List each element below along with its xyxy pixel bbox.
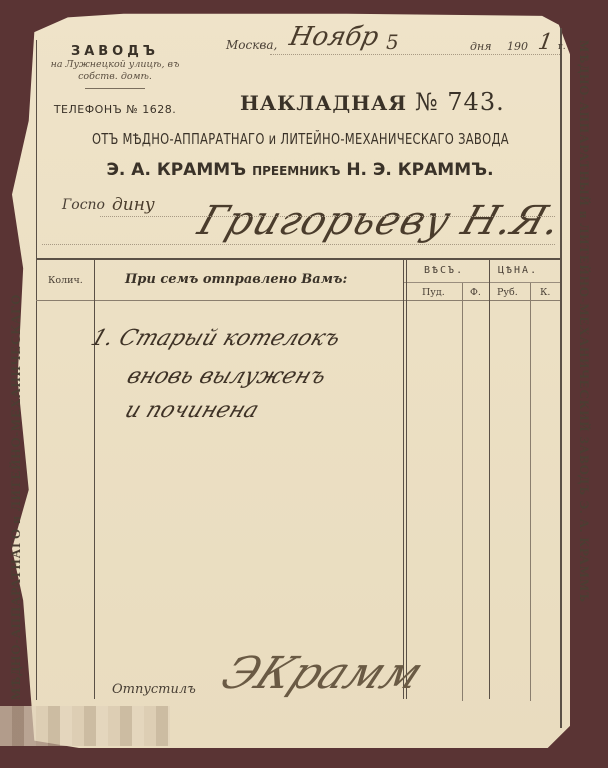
owner-connector: ПРЕЕМНИКЪ: [252, 164, 340, 178]
factory-phone: ТЕЛЕФОНЪ № 1628.: [40, 103, 190, 116]
watermark-logo: [0, 706, 170, 746]
recipient-dotted-line-2: [42, 244, 555, 245]
factory-title: ЗАВОДЪ: [40, 44, 190, 59]
left-border-line: [36, 40, 37, 700]
col-desc-divider: [403, 259, 404, 699]
item-line-1: 1. Старый котелокъ: [87, 326, 343, 351]
col-desc-divider-2: [406, 259, 407, 699]
factory-address-line1: на Лужнецкой улицѣ, въ: [40, 59, 190, 71]
day-label: дня: [470, 40, 492, 53]
city-label: Москва,: [226, 38, 277, 52]
sub-rub-header: Руб.: [497, 287, 518, 298]
document-title: НАКЛАДНАЯ № 743.: [240, 88, 505, 116]
title-label: НАКЛАДНАЯ: [240, 91, 407, 115]
year-suffix: г.: [558, 42, 566, 52]
col-qty-divider: [94, 259, 95, 699]
table-top-line: [36, 258, 560, 260]
table-header-bottom-line: [36, 300, 560, 301]
side-perforation-text-right: МѢДНО-АППАРАТНЫЙ и ЛИТЕЙНО-МЕХАНИЧЕСКИЙ …: [572, 40, 592, 730]
weight-price-subheader-line: [404, 282, 560, 283]
recipient-handwritten-name: Григорьеву Н.Я.: [193, 198, 568, 244]
recipient-label: Госпо: [62, 197, 105, 213]
price-group-header: ЦѢНА.: [498, 265, 538, 276]
item-line-3: и починена: [121, 398, 262, 423]
sub-f-header: Ф.: [470, 287, 481, 298]
ornament-divider: [85, 88, 145, 89]
side-perforation-text-left: МѢДНО-АППАРАТНАГО и ЛИТЕЙНО-МЕХАНИЧЕСКАГ…: [8, 260, 28, 700]
owners-line: Э. А. КРАММЪ ПРЕЕМНИКЪ Н. Э. КРАММЪ.: [30, 160, 570, 180]
recipient-handwritten-suffix: дину: [112, 195, 155, 215]
factory-address-line2: собств. домѣ.: [40, 71, 190, 83]
col-description-header: При семъ отправлено Вамъ:: [125, 272, 347, 287]
col-qty-header: Колич.: [48, 275, 83, 286]
weight-group-header: ВѢСЪ.: [424, 265, 464, 276]
sub-k-header: К.: [540, 287, 550, 298]
waybill-number: № 743.: [415, 88, 505, 116]
day-handwritten: 5: [386, 30, 399, 54]
right-border-line: [560, 28, 562, 728]
factory-block: ЗАВОДЪ на Лужнецкой улицѣ, въ собств. до…: [40, 44, 190, 116]
year-printed: 190: [507, 40, 528, 53]
date-dotted-line: [270, 54, 560, 55]
sub-pud-header: Пуд.: [422, 287, 445, 298]
col-pud-divider: [462, 283, 463, 701]
item-line-2: вновь вылуженъ: [123, 364, 329, 389]
col-weight-price-divider: [489, 259, 490, 699]
signature: ЭКрамм: [213, 648, 432, 699]
owner-first: Э. А. КРАММЪ: [106, 160, 246, 180]
month-handwritten: Ноябр: [287, 22, 381, 52]
owner-second: Н. Э. КРАММЪ.: [346, 160, 493, 180]
released-by-label: Отпустилъ: [112, 682, 196, 697]
recipient-dotted-line-1: [100, 216, 555, 217]
col-rub-divider: [530, 283, 531, 701]
factory-subtitle: ОТЪ МѢДНО-АППАРАТНАГО и ЛИТЕЙНО-МЕХАНИЧЕ…: [48, 130, 553, 148]
